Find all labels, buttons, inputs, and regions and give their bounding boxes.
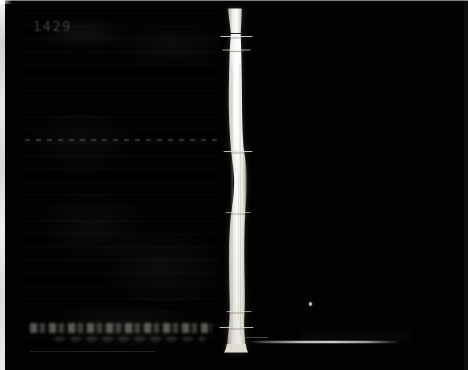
frame-right-edge bbox=[464, 0, 468, 370]
spine-headcap bbox=[228, 9, 242, 34]
film-edge-strip bbox=[0, 0, 5, 370]
film-frame: 1429 bbox=[0, 0, 468, 370]
page-edge-glint bbox=[248, 341, 400, 343]
spine-tailcap bbox=[224, 344, 248, 353]
book-spine bbox=[0, 0, 468, 370]
dust-speck bbox=[309, 302, 312, 306]
frame-top-edge bbox=[0, 0, 468, 1]
